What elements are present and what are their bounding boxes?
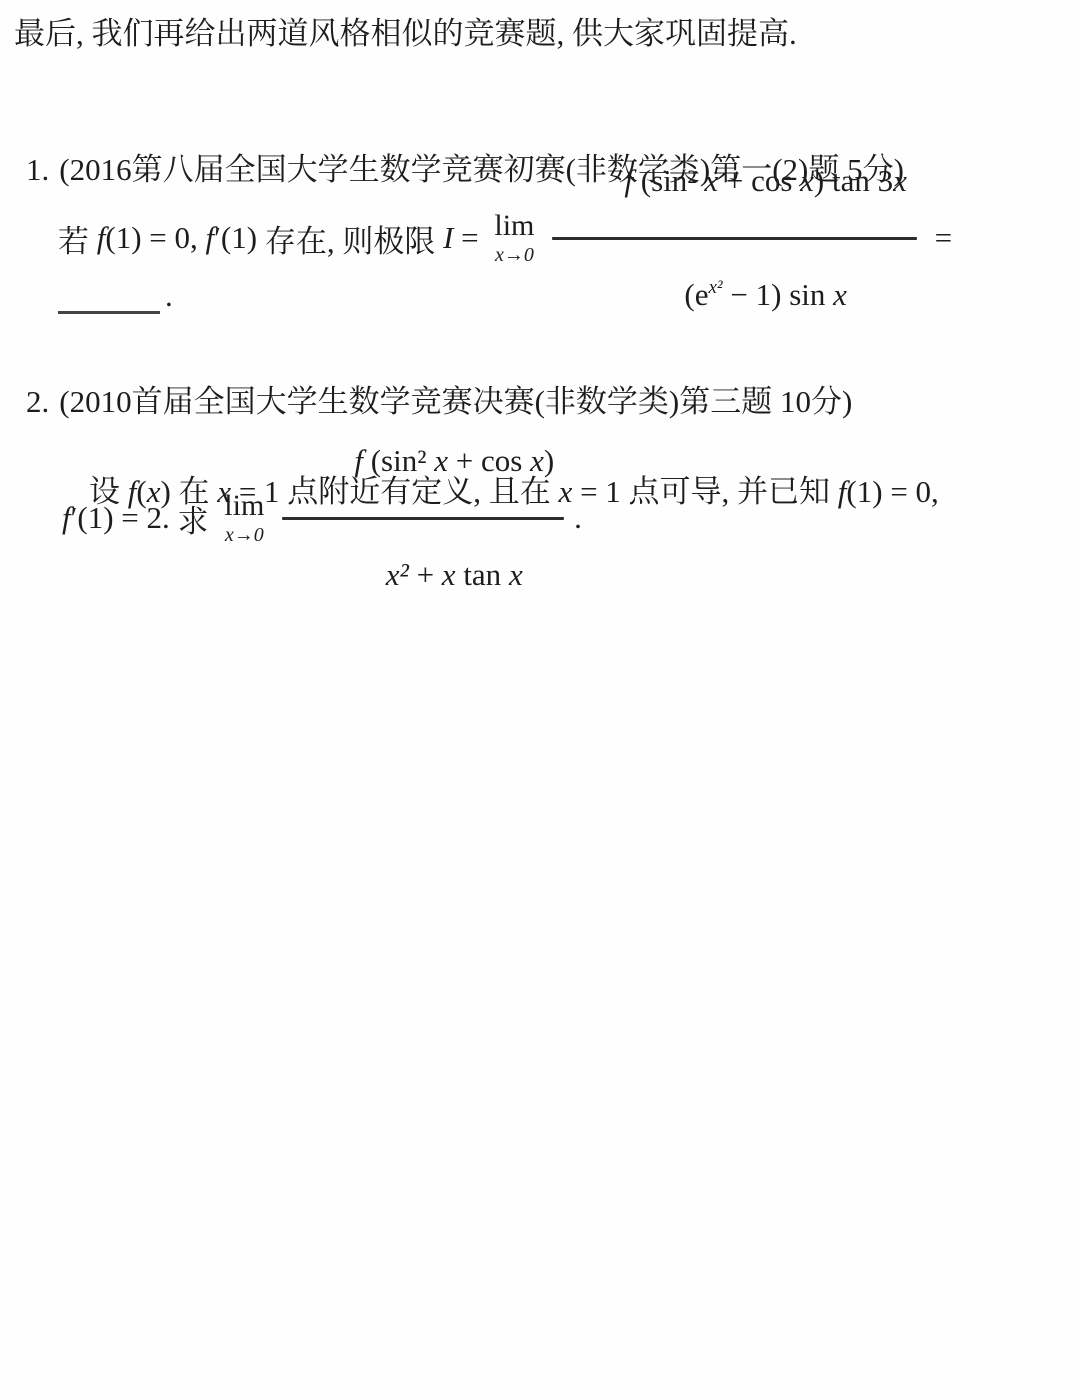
p2-var-fprime: f [62,500,71,536]
p1-den-open-e: (e [684,277,708,312]
p2-lim-subscript: x→0 [225,525,264,545]
p2-lim-word: lim [224,491,264,521]
p1-var-fprime: f [206,220,215,256]
problem-1-statement: 若 f (1) = 0, f ′(1) 存在, 则极限 I = lim x→0 … [58,190,952,286]
p1-text-cunzai: 存在, 则极限 [257,216,443,261]
p2-fraction-denominator: x² + x tan x [314,520,533,630]
p1-trailing-equals: = [927,220,952,256]
p1-num-x2: x [800,163,814,198]
p2-fraction-numerator: f (sin² x + cos x) [282,406,564,516]
p1-num-x3: x [893,163,907,198]
problem-1-answer-line: . [58,278,173,314]
document-page: 最后, 我们再给出两道风格相似的竞赛题, 供大家巩固提高. 1. (2016第八… [0,0,1080,1397]
p2-den-plus: + [409,557,442,592]
p1-num-x1: x [704,163,718,198]
p2-text-qiu: 求 [178,496,217,541]
p2-limit-operator: lim x→0 [224,491,264,545]
p1-equals-sign: = [453,220,486,256]
p1-fraction: f (sin² x + cos x) tan 3x (ex² − 1) sin … [552,126,916,350]
p1-num-plus-cos: + cos [718,163,800,198]
p1-limit-operator: lim x→0 [494,211,534,265]
p2-num-f: f [354,443,370,478]
p1-lim-subscript: x→0 [495,245,534,265]
p1-var-f: f [97,220,106,256]
answer-blank-underline [58,287,160,314]
problem-1-number: 1. [26,152,49,188]
p1-num-tan3: ) tan 3 [814,163,893,198]
p1-f1-value: (1) = 0, [105,220,205,256]
p2-den-x: x [442,557,456,592]
problem-2-number: 2. [26,384,49,420]
p2-num-x2: x [530,443,544,478]
p1-fraction-denominator: (ex² − 1) sin x [612,240,856,350]
p2-den-x2: x [509,557,523,592]
p2-num-close: ) [544,443,554,478]
p1-fprime-value: ′(1) [214,220,257,256]
p1-num-f: f [624,163,640,198]
p2-text-mid2: = 1 点可导, 并已知 [572,474,837,509]
p1-text-ruo: 若 [58,216,97,261]
p2-den-x-squared: x² [386,557,409,592]
p2-fraction: f (sin² x + cos x) x² + x tan x [282,406,564,630]
p2-fprime-value: ′(1) = 2. [71,500,178,536]
intro-text: 最后, 我们再给出两道风格相似的竞赛题, 供大家巩固提高. [14,16,797,52]
p1-lim-word: lim [494,211,534,241]
p1-den-minus-one-sin: − 1) sin [723,277,833,312]
problem-2-statement-line2: f ′(1) = 2. 求 lim x→0 f (sin² x + cos x)… [62,466,582,570]
p1-den-exponent: x² [709,277,723,298]
p1-var-I: I [443,220,453,256]
p1-blank-period: . [165,278,173,314]
p2-den-tan: tan [456,557,509,592]
p2-num-x1: x [434,443,448,478]
p2-f1-value: (1) = 0, [846,474,938,509]
p1-num-sin-squared: (sin² [641,163,705,198]
p1-den-x: x [833,277,847,312]
p2-trailing-period: . [574,500,582,536]
p2-num-plus-cos: + cos [448,443,530,478]
p1-fraction-numerator: f (sin² x + cos x) tan 3x [552,126,916,236]
p2-num-sin-squared: (sin² [371,443,435,478]
